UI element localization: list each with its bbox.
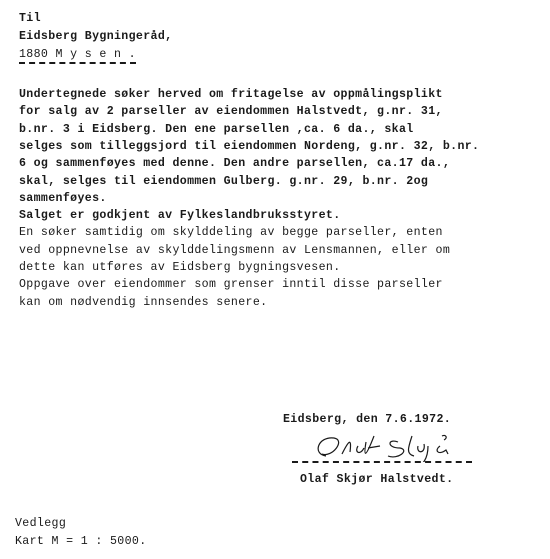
body-line: Salget er godkjent av Fylkeslandbrukssty…: [19, 209, 341, 223]
signature-name: Olaf Skjør Halstvedt.: [300, 473, 453, 487]
body-line: 6 og sammenføyes med denne. Den andre pa…: [19, 157, 450, 171]
handwritten-signature: [308, 432, 478, 462]
salutation-to: Til: [19, 12, 41, 26]
body-line: skal, selges til eiendommen Gulberg. g.n…: [19, 175, 428, 189]
place-date: Eidsberg, den 7.6.1972.: [283, 413, 451, 427]
attachments-label: Vedlegg: [15, 517, 66, 531]
body-line: for salg av 2 parseller av eiendommen Ha…: [19, 105, 443, 119]
body-line: selges som tilleggsjord til eiendommen N…: [19, 140, 479, 154]
body-line: Oppgave over eiendommer som grenser innt…: [19, 278, 443, 292]
body-line: En søker samtidig om skylddeling av begg…: [19, 226, 443, 240]
body-line: Undertegnede søker herved om fritagelse …: [19, 88, 443, 102]
body-line: ved oppnevnelse av skylddelingsmenn av L…: [19, 244, 450, 258]
recipient-name: Eidsberg Bygningeråd,: [19, 30, 172, 44]
body-line: sammenføyes.: [19, 192, 107, 206]
body-line: dette kan utføres av Eidsberg bygningsve…: [19, 261, 341, 275]
recipient-postal-address: 1880 M y s e n .: [19, 48, 136, 64]
body-line: kan om nødvendig innsendes senere.: [19, 296, 267, 310]
attachment-item: Kart M = 1 : 5000.: [15, 535, 147, 549]
body-line: b.nr. 3 i Eidsberg. Den ene parsellen ,c…: [19, 123, 414, 137]
signature-line: [292, 461, 472, 463]
